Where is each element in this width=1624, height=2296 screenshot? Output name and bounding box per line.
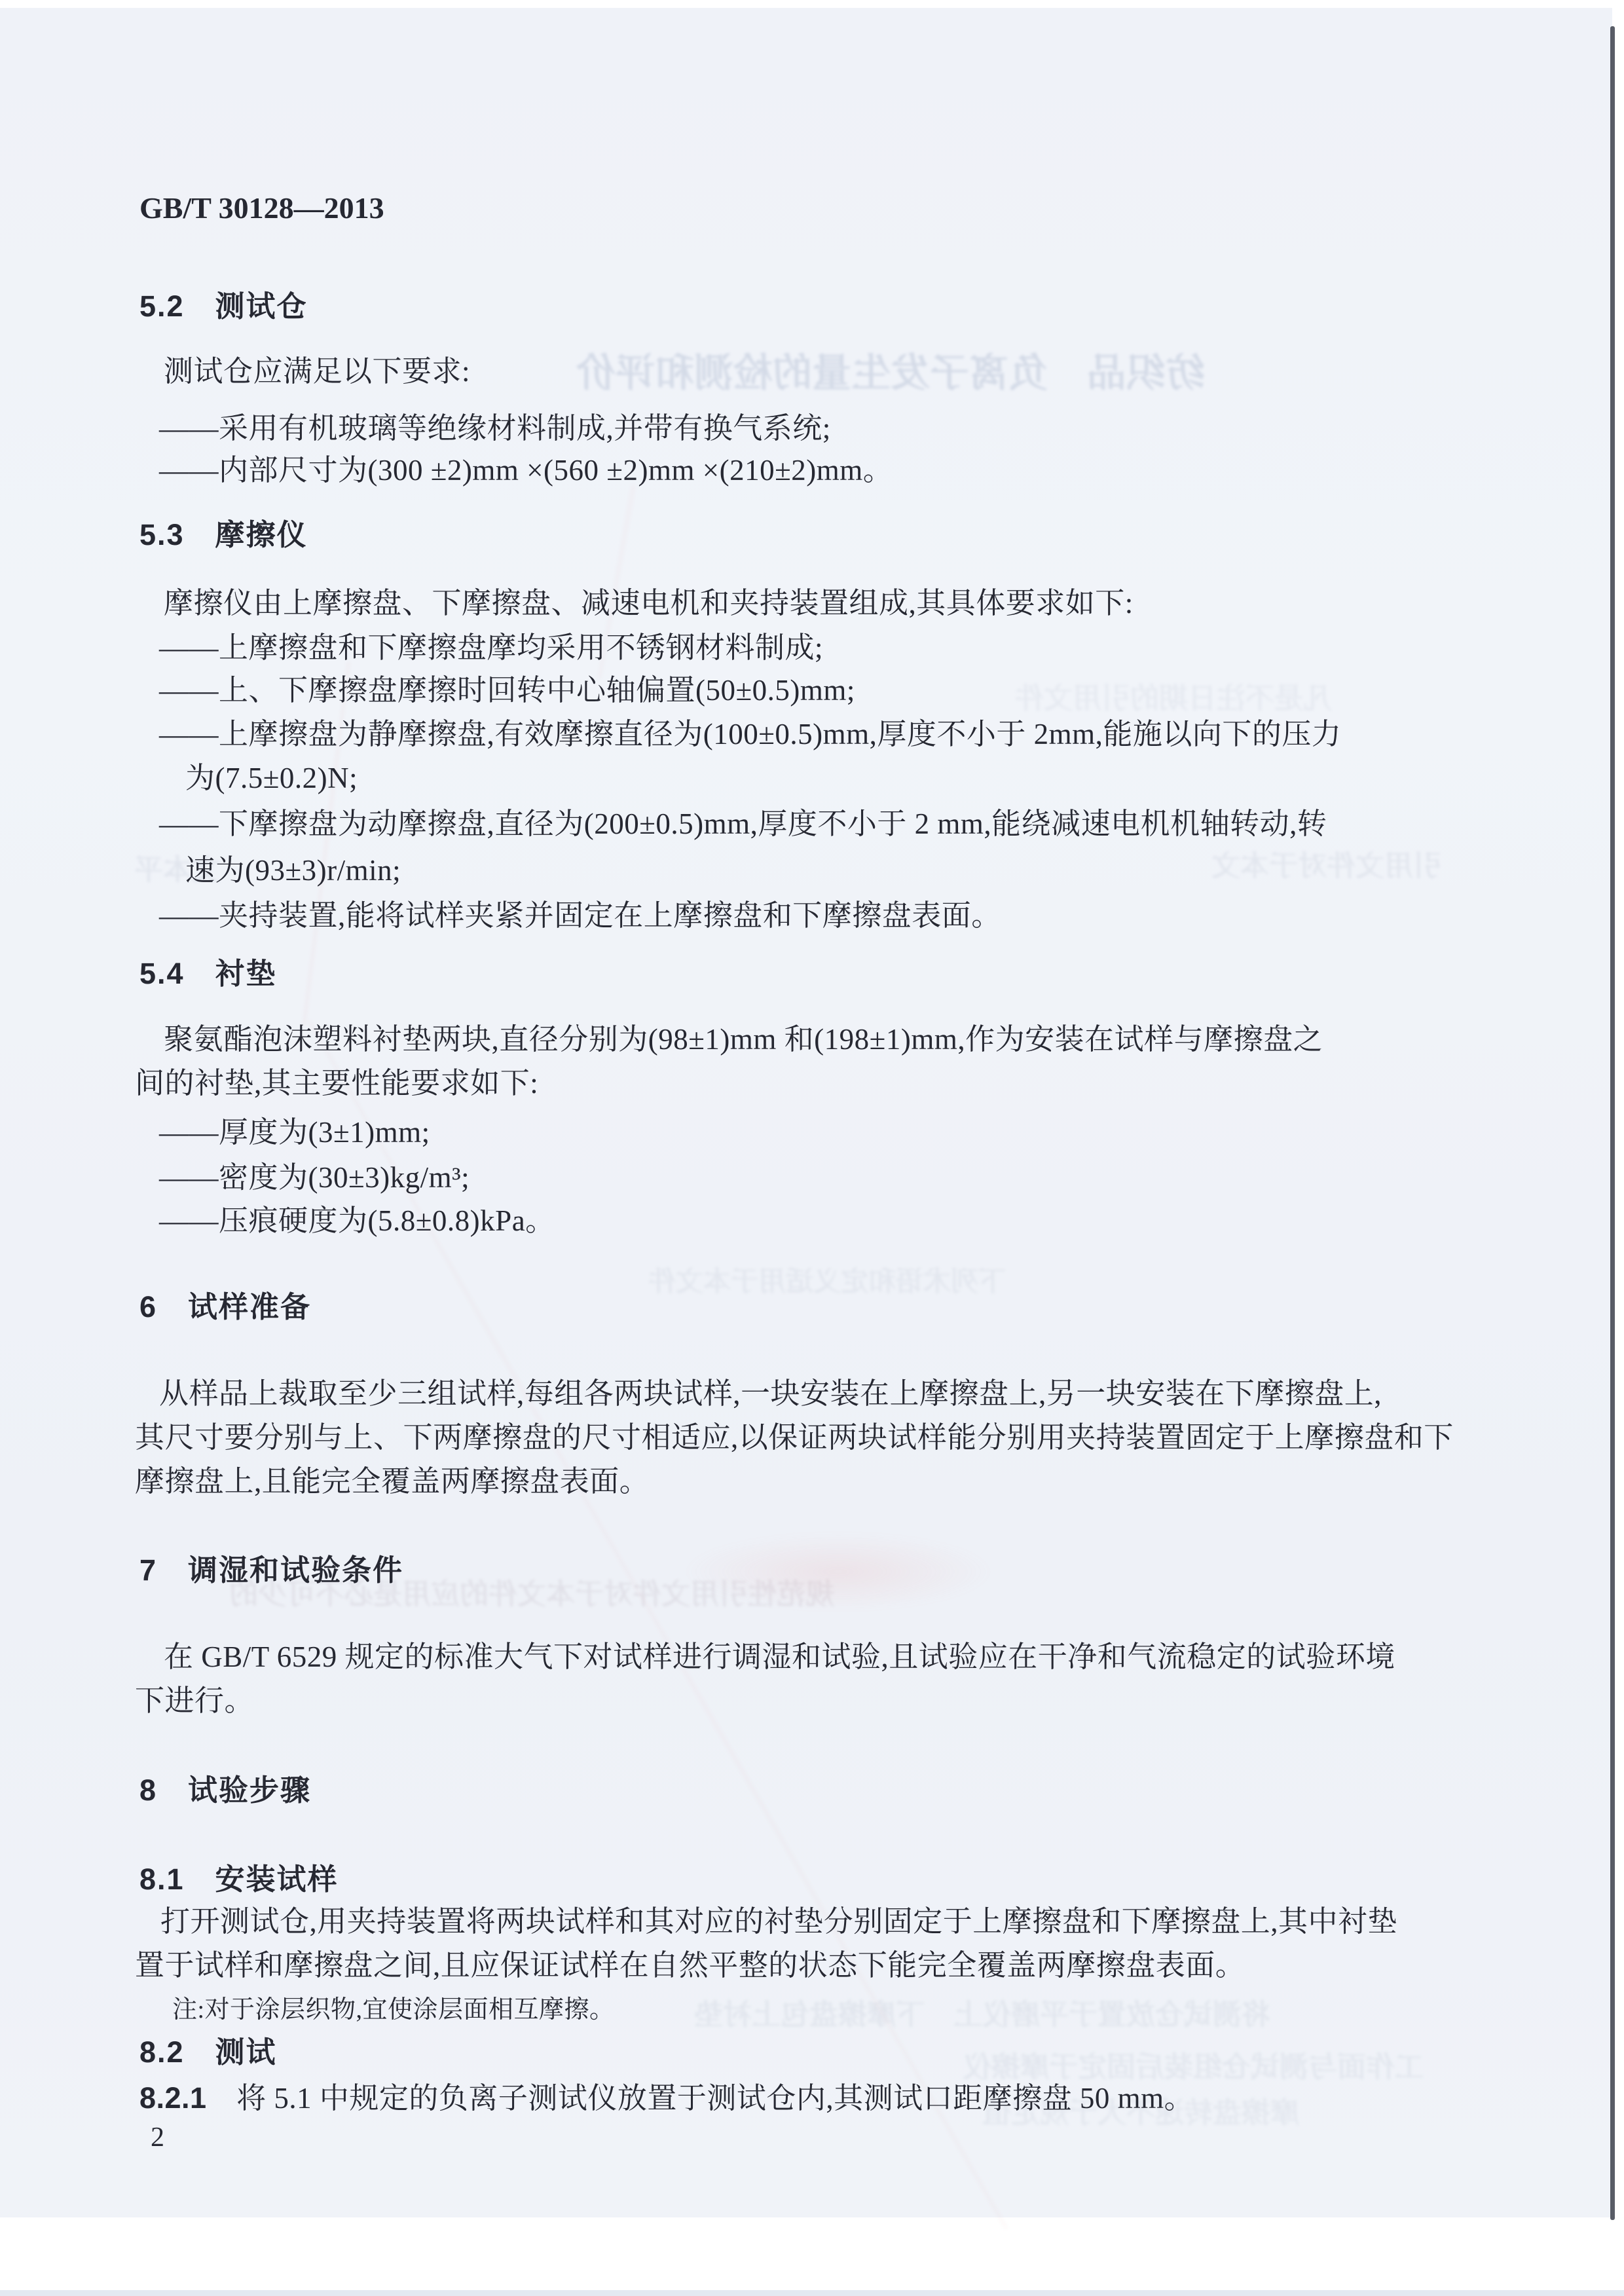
section-heading: 6 试样准备 xyxy=(139,1289,311,1324)
body-text-line: ——厚度为(3±1)mm; xyxy=(159,1115,430,1150)
body-text-line: ——压痕硬度为(5.8±0.8)kPa。 xyxy=(159,1204,555,1238)
body-text-line: 在 GB/T 6529 规定的标准大气下对试样进行调湿和试验,且试验应在干净和气… xyxy=(164,1640,1395,1675)
body-text-line: ——采用有机玻璃等绝缘材料制成,并带有换气系统; xyxy=(159,411,831,446)
body-text-line: 下进行。 xyxy=(135,1684,254,1718)
body-text-line: 摩擦盘上,且能完全覆盖两摩擦盘表面。 xyxy=(135,1464,649,1499)
body-text-line: 打开测试仓,用夹持装置将两块试样和其对应的衬垫分别固定于上摩擦盘和下摩擦盘上,其… xyxy=(160,1904,1397,1939)
section-heading: 5.2 测试仓 xyxy=(139,289,308,324)
body-text-line: ——密度为(30±3)kg/m³; xyxy=(159,1160,470,1195)
standard-number: GB/T 30128—2013 xyxy=(139,191,384,226)
note-text: 注:对于涂层织物,宜使涂层面相互摩擦。 xyxy=(172,1995,615,2025)
section-heading: 7 调湿和试验条件 xyxy=(139,1553,403,1587)
body-text-line: ——内部尺寸为(300 ±2)mm ×(560 ±2)mm ×(210±2)mm… xyxy=(159,453,893,488)
body-text-line: 间的衬垫,其主要性能要求如下: xyxy=(135,1066,538,1101)
section-heading: 8.1 安装试样 xyxy=(139,1862,339,1897)
body-text-line: 摩擦仪由上摩擦盘、下摩擦盘、减速电机和夹持装置组成,其具体要求如下: xyxy=(164,586,1134,621)
body-text-line: 8.2.1 将 5.1 中规定的负离子测试仪放置于测试仓内,其测试口距摩擦盘 5… xyxy=(139,2081,1194,2116)
section-heading: 8.2 测试 xyxy=(139,2035,277,2069)
page-number: 2 xyxy=(151,2122,165,2155)
body-text-line: ——下摩擦盘为动摩擦盘,直径为(200±0.5)mm,厚度不小于 2 mm,能绕… xyxy=(159,807,1327,842)
body-text-line: ——夹持装置,能将试样夹紧并固定在上摩擦盘和下摩擦盘表面。 xyxy=(159,898,1001,933)
body-text-line: 聚氨酯泡沫塑料衬垫两块,直径分别为(98±1)mm 和(198±1)mm,作为安… xyxy=(164,1022,1323,1057)
scan-edge-shadow-right xyxy=(1610,26,1615,2220)
body-text-line: 测试仓应满足以下要求: xyxy=(164,354,470,389)
body-text-line: ——上、下摩擦盘摩擦时回转中心轴偏置(50±0.5)mm; xyxy=(159,673,855,708)
body-text-line: 速为(93±3)r/min; xyxy=(185,853,401,888)
body-text-line: 为(7.5±0.2)N; xyxy=(185,761,358,796)
body-text-line: 从样品上裁取至少三组试样,每组各两块试样,一块安装在上摩擦盘上,另一块安装在下摩… xyxy=(159,1377,1382,1411)
body-text-line: ——上摩擦盘为静摩擦盘,有效摩擦直径为(100±0.5)mm,厚度不小于 2mm… xyxy=(159,717,1341,752)
clause-number: 8.2.1 xyxy=(139,2081,207,2115)
clause-text: 将 5.1 中规定的负离子测试仪放置于测试仓内,其测试口距摩擦盘 50 mm。 xyxy=(207,2082,1194,2115)
section-heading: 5.4 衬垫 xyxy=(139,956,277,991)
body-text-line: ——上摩擦盘和下摩擦盘摩均采用不锈钢材料制成; xyxy=(159,631,823,665)
body-text-line: 置于试样和摩擦盘之间,且应保证试样在自然平整的状态下能完全覆盖两摩擦盘表面。 xyxy=(135,1948,1245,1983)
section-heading: 8 试验步骤 xyxy=(139,1773,311,1807)
body-text-line: 其尺寸要分别与上、下两摩擦盘的尺寸相适应,以保证两块试样能分别用夹持装置固定于上… xyxy=(135,1420,1454,1455)
scan-edge-shadow-bottom xyxy=(0,2290,1624,2296)
scanned-page: 纺织品 负离子发生量的检测和评价凡是不注日期的引用文件文本平引用文件对于本文下列… xyxy=(0,0,1624,2296)
section-heading: 5.3 摩擦仪 xyxy=(139,517,308,552)
